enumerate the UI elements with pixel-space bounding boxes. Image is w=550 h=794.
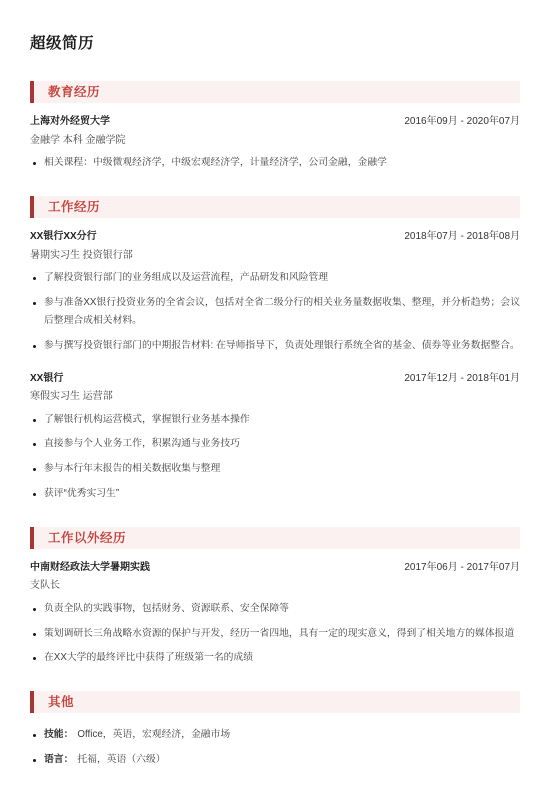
bullet-item: 直接参与个人业务工作，积累沟通与业务技巧 xyxy=(30,435,520,453)
bullet-item: 相关课程：中级微观经济学，中级宏观经济学，计量经济学，公司金融，金融学 xyxy=(30,154,520,172)
entry-name: XX银行XX分行 xyxy=(30,231,97,244)
resume-section: 其他 技能：Office，英语，宏观经济，金融市场 语言：托福，英语（六级） xyxy=(30,691,520,769)
bullet-text: 在XX大学的最终评比中获得了班级第一名的成绩 xyxy=(44,652,253,663)
bullet-dot-icon xyxy=(33,468,36,471)
section-heading-label: 其他 xyxy=(48,695,74,709)
bullet-text: 直接参与个人业务工作，积累沟通与业务技巧 xyxy=(44,438,240,449)
bullet-item: 负责全队的实践事物，包括财务、资源联系、安全保障等 xyxy=(30,600,520,618)
bullet-item: 技能：Office，英语，宏观经济，金融市场 xyxy=(30,726,520,744)
bullet-item: 参与本行年末报告的相关数据收集与整理 xyxy=(30,460,520,478)
bullet-label: 语言： xyxy=(44,754,73,765)
bullet-text: 参与准备XX银行投资业务的全省会议，包括对全省二级分行的相关业务量数据收集、整理… xyxy=(44,297,520,326)
bullet-list: 相关课程：中级微观经济学，中级宏观经济学，计量经济学，公司金融，金融学 xyxy=(30,154,520,172)
bullet-text: 获评“优秀实习生” xyxy=(44,488,119,499)
bullet-list: 技能：Office，英语，宏观经济，金融市场 语言：托福，英语（六级） xyxy=(30,726,520,769)
resume-page: 超级简历 教育经历 上海对外经贸大学 2016年09月 - 2020年07月 金… xyxy=(0,0,550,794)
bullet-list: 了解银行机构运营模式，掌握银行业务基本操作 直接参与个人业务工作，积累沟通与业务… xyxy=(30,411,520,503)
bullet-item: 了解银行机构运营模式，掌握银行业务基本操作 xyxy=(30,411,520,429)
resume-entry: XX银行XX分行 2018年07月 - 2018年08月 暑期实习生 投资银行部… xyxy=(30,231,520,354)
bullet-text: Office，英语，宏观经济，金融市场 xyxy=(77,729,230,740)
section-entries: XX银行XX分行 2018年07月 - 2018年08月 暑期实习生 投资银行部… xyxy=(30,231,520,503)
bullet-item: 语言：托福，英语（六级） xyxy=(30,751,520,769)
entry-subtitle: 支队长 xyxy=(30,580,520,593)
bullet-list: 了解投资银行部门的业务组成以及运营流程，产品研发和风险管理 参与准备XX银行投资… xyxy=(30,269,520,354)
bullet-dot-icon xyxy=(33,345,36,348)
entry-name: XX银行 xyxy=(30,373,63,386)
bullet-text: 参与本行年末报告的相关数据收集与整理 xyxy=(44,463,220,474)
section-entries: 中南财经政法大学暑期实践 2017年06月 - 2017年07月 支队长 负责全… xyxy=(30,562,520,667)
bullet-dot-icon xyxy=(33,419,36,422)
entry-subtitle: 金融学 本科 金融学院 xyxy=(30,135,520,148)
section-heading-label: 教育经历 xyxy=(48,85,100,99)
entry-date: 2018年07月 - 2018年08月 xyxy=(404,231,520,244)
entry-subtitle: 暑期实习生 投资银行部 xyxy=(30,250,520,263)
bullet-text: 参与撰写投资银行部门的中期报告材料: 在导师指导下，负责处理银行系统全省的基金、… xyxy=(44,340,520,351)
entry-header: XX银行 2017年12月 - 2018年01月 xyxy=(30,373,520,386)
section-heading: 其他 xyxy=(30,691,520,713)
resume-title: 超级简历 xyxy=(30,34,520,53)
entry-name: 中南财经政法大学暑期实践 xyxy=(30,562,150,575)
bullet-text: 托福，英语（六级） xyxy=(77,754,165,765)
section-entries: 技能：Office，英语，宏观经济，金融市场 语言：托福，英语（六级） xyxy=(30,726,520,769)
entry-header: 中南财经政法大学暑期实践 2017年06月 - 2017年07月 xyxy=(30,562,520,575)
entry-date: 2016年09月 - 2020年07月 xyxy=(404,116,520,129)
section-heading: 教育经历 xyxy=(30,81,520,103)
bullet-text: 策划调研长三角战略水资源的保护与开发，经历一省四地，具有一定的现实意义，得到了相… xyxy=(44,628,514,639)
bullet-item: 在XX大学的最终评比中获得了班级第一名的成绩 xyxy=(30,649,520,667)
bullet-list: 负责全队的实践事物，包括财务、资源联系、安全保障等 策划调研长三角战略水资源的保… xyxy=(30,600,520,667)
bullet-item: 获评“优秀实习生” xyxy=(30,485,520,503)
bullet-dot-icon xyxy=(33,162,36,165)
bullet-dot-icon xyxy=(33,734,36,737)
bullet-dot-icon xyxy=(33,302,36,305)
resume-entry: 上海对外经贸大学 2016年09月 - 2020年07月 金融学 本科 金融学院… xyxy=(30,116,520,172)
bullet-dot-icon xyxy=(33,443,36,446)
entry-header: 上海对外经贸大学 2016年09月 - 2020年07月 xyxy=(30,116,520,129)
entry-header: XX银行XX分行 2018年07月 - 2018年08月 xyxy=(30,231,520,244)
bullet-text: 了解银行机构运营模式，掌握银行业务基本操作 xyxy=(44,414,250,425)
section-heading: 工作经历 xyxy=(30,196,520,218)
resume-section: 工作以外经历 中南财经政法大学暑期实践 2017年06月 - 2017年07月 … xyxy=(30,527,520,667)
section-entries: 上海对外经贸大学 2016年09月 - 2020年07月 金融学 本科 金融学院… xyxy=(30,116,520,172)
bullet-text: 了解投资银行部门的业务组成以及运营流程，产品研发和风险管理 xyxy=(44,272,328,283)
resume-entry: 中南财经政法大学暑期实践 2017年06月 - 2017年07月 支队长 负责全… xyxy=(30,562,520,667)
bullet-dot-icon xyxy=(33,759,36,762)
bullet-text: 相关课程：中级微观经济学，中级宏观经济学，计量经济学，公司金融，金融学 xyxy=(44,157,387,168)
bullet-label: 技能： xyxy=(44,729,73,740)
bullet-item: 了解投资银行部门的业务组成以及运营流程，产品研发和风险管理 xyxy=(30,269,520,287)
resume-entry: XX银行 2017年12月 - 2018年01月 寒假实习生 运营部 了解银行机… xyxy=(30,373,520,503)
section-heading: 工作以外经历 xyxy=(30,527,520,549)
entry-name: 上海对外经贸大学 xyxy=(30,116,110,129)
entry-subtitle: 寒假实习生 运营部 xyxy=(30,391,520,404)
bullet-item: 策划调研长三角战略水资源的保护与开发，经历一省四地，具有一定的现实意义，得到了相… xyxy=(30,625,520,643)
section-heading-label: 工作以外经历 xyxy=(48,531,126,545)
sections-container: 教育经历 上海对外经贸大学 2016年09月 - 2020年07月 金融学 本科… xyxy=(30,81,520,769)
bullet-dot-icon xyxy=(33,277,36,280)
resume-section: 教育经历 上海对外经贸大学 2016年09月 - 2020年07月 金融学 本科… xyxy=(30,81,520,172)
bullet-text: 负责全队的实践事物，包括财务、资源联系、安全保障等 xyxy=(44,603,289,614)
entry-date: 2017年06月 - 2017年07月 xyxy=(404,562,520,575)
bullet-dot-icon xyxy=(33,493,36,496)
section-heading-label: 工作经历 xyxy=(48,200,100,214)
bullet-dot-icon xyxy=(33,657,36,660)
bullet-dot-icon xyxy=(33,608,36,611)
bullet-item: 参与撰写投资银行部门的中期报告材料: 在导师指导下，负责处理银行系统全省的基金、… xyxy=(30,337,520,355)
entry-date: 2017年12月 - 2018年01月 xyxy=(404,373,520,386)
resume-entry: 技能：Office，英语，宏观经济，金融市场 语言：托福，英语（六级） xyxy=(30,726,520,769)
bullet-dot-icon xyxy=(33,633,36,636)
bullet-item: 参与准备XX银行投资业务的全省会议，包括对全省二级分行的相关业务量数据收集、整理… xyxy=(30,294,520,330)
resume-section: 工作经历 XX银行XX分行 2018年07月 - 2018年08月 暑期实习生 … xyxy=(30,196,520,503)
